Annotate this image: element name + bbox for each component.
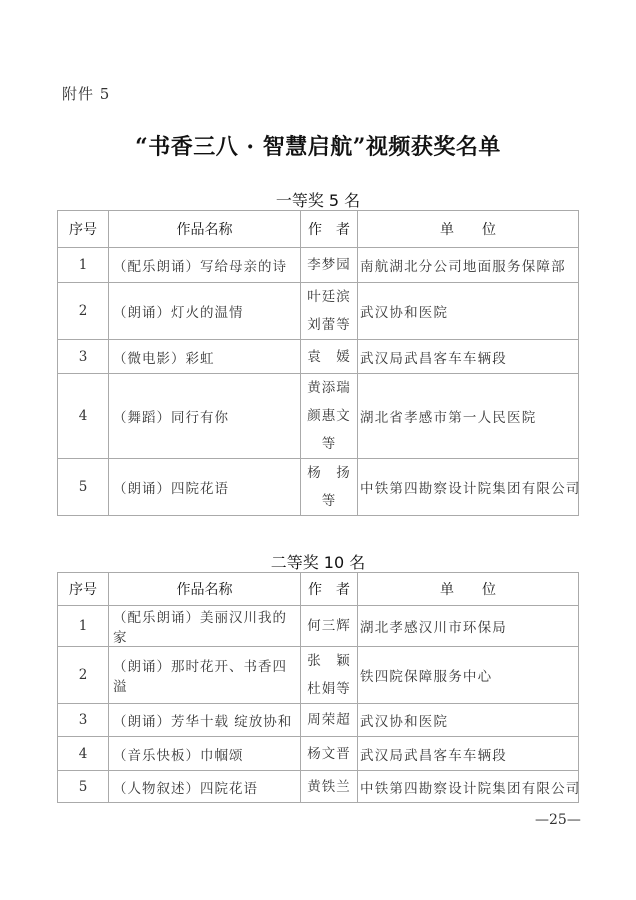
attachment-label: 附件 5 [62, 83, 110, 104]
table-row: 2 （朗诵）灯火的温情 叶廷滨 刘蕾等 武汉协和医院 [58, 283, 579, 340]
row-no: 1 [58, 248, 109, 283]
row-unit: 武汉协和医院 [358, 704, 579, 737]
row-work: （朗诵）那时花开、书香四溢 [109, 647, 301, 704]
row-unit: 湖北孝感汉川市环保局 [358, 606, 579, 647]
table-row: 4 （舞蹈）同行有你 黄添瑞 颜惠文 等 湖北省孝感市第一人民医院 [58, 374, 579, 459]
row-unit: 铁四院保障服务中心 [358, 647, 579, 704]
row-unit: 武汉局武昌客车车辆段 [358, 340, 579, 374]
table-row: 3 （朗诵）芳华十载 绽放协和 周荣超 武汉协和医院 [58, 704, 579, 737]
table-row: 4 （音乐快板）巾帼颂 杨文晋 武汉局武昌客车车辆段 [58, 737, 579, 771]
col-header-unit: 单 位 [358, 211, 579, 248]
document-title: “书香三八 · 智慧启航”视频获奖名单 [0, 130, 636, 161]
row-work: （微电影）彩虹 [109, 340, 301, 374]
table-row: 3 （微电影）彩虹 袁 媛 武汉局武昌客车车辆段 [58, 340, 579, 374]
row-author: 袁 媛 [301, 340, 358, 374]
col-header-author: 作 者 [301, 211, 358, 248]
row-author: 叶廷滨 刘蕾等 [301, 283, 358, 340]
row-no: 2 [58, 647, 109, 704]
row-no: 4 [58, 737, 109, 771]
row-no: 3 [58, 340, 109, 374]
row-unit: 南航湖北分公司地面服务保障部 [358, 248, 579, 283]
table-row: 1 （配乐朗诵）写给母亲的诗 李梦园 南航湖北分公司地面服务保障部 [58, 248, 579, 283]
row-no: 5 [58, 459, 109, 516]
row-author: 黄铁兰 [301, 771, 358, 803]
table-row: 5 （朗诵）四院花语 杨 扬等 中铁第四勘察设计院集团有限公司 [58, 459, 579, 516]
row-unit: 中铁第四勘察设计院集团有限公司 [358, 771, 579, 803]
row-unit: 武汉局武昌客车车辆段 [358, 737, 579, 771]
row-no: 1 [58, 606, 109, 647]
row-author: 杨 扬等 [301, 459, 358, 516]
second-prize-caption: 二等奖 10 名 [0, 550, 636, 573]
row-author: 李梦园 [301, 248, 358, 283]
table-row: 2 （朗诵）那时花开、书香四溢 张 颖 杜娟等 铁四院保障服务中心 [58, 647, 579, 704]
row-work: （配乐朗诵）美丽汉川我的家 [109, 606, 301, 647]
col-header-no: 序号 [58, 211, 109, 248]
row-author: 黄添瑞 颜惠文 等 [301, 374, 358, 459]
table-header: 序号 作品名称 作 者 单 位 [58, 211, 579, 248]
row-author: 张 颖 杜娟等 [301, 647, 358, 704]
table-row: 1 （配乐朗诵）美丽汉川我的家 何三辉 湖北孝感汉川市环保局 [58, 606, 579, 647]
col-header-author: 作 者 [301, 573, 358, 606]
table-row: 5 （人物叙述）四院花语 黄铁兰 中铁第四勘察设计院集团有限公司 [58, 771, 579, 803]
row-author: 何三辉 [301, 606, 358, 647]
first-prize-table: 序号 作品名称 作 者 单 位 1 （配乐朗诵）写给母亲的诗 李梦园 南航湖北分… [57, 210, 579, 516]
row-no: 5 [58, 771, 109, 803]
row-no: 4 [58, 374, 109, 459]
row-work: （舞蹈）同行有你 [109, 374, 301, 459]
page-number: —25— [535, 812, 581, 828]
row-unit: 湖北省孝感市第一人民医院 [358, 374, 579, 459]
row-unit: 武汉协和医院 [358, 283, 579, 340]
row-author: 杨文晋 [301, 737, 358, 771]
row-no: 3 [58, 704, 109, 737]
row-no: 2 [58, 283, 109, 340]
table-header: 序号 作品名称 作 者 单 位 [58, 573, 579, 606]
row-work: （音乐快板）巾帼颂 [109, 737, 301, 771]
row-work: （朗诵）四院花语 [109, 459, 301, 516]
row-work: （配乐朗诵）写给母亲的诗 [109, 248, 301, 283]
row-work: （朗诵）芳华十载 绽放协和 [109, 704, 301, 737]
col-header-no: 序号 [58, 573, 109, 606]
col-header-work: 作品名称 [109, 211, 301, 248]
first-prize-caption: 一等奖 5 名 [0, 188, 636, 211]
col-header-unit: 单 位 [358, 573, 579, 606]
col-header-work: 作品名称 [109, 573, 301, 606]
row-work: （朗诵）灯火的温情 [109, 283, 301, 340]
row-author: 周荣超 [301, 704, 358, 737]
row-unit: 中铁第四勘察设计院集团有限公司 [358, 459, 579, 516]
second-prize-table: 序号 作品名称 作 者 单 位 1 （配乐朗诵）美丽汉川我的家 何三辉 湖北孝感… [57, 572, 579, 803]
row-work: （人物叙述）四院花语 [109, 771, 301, 803]
